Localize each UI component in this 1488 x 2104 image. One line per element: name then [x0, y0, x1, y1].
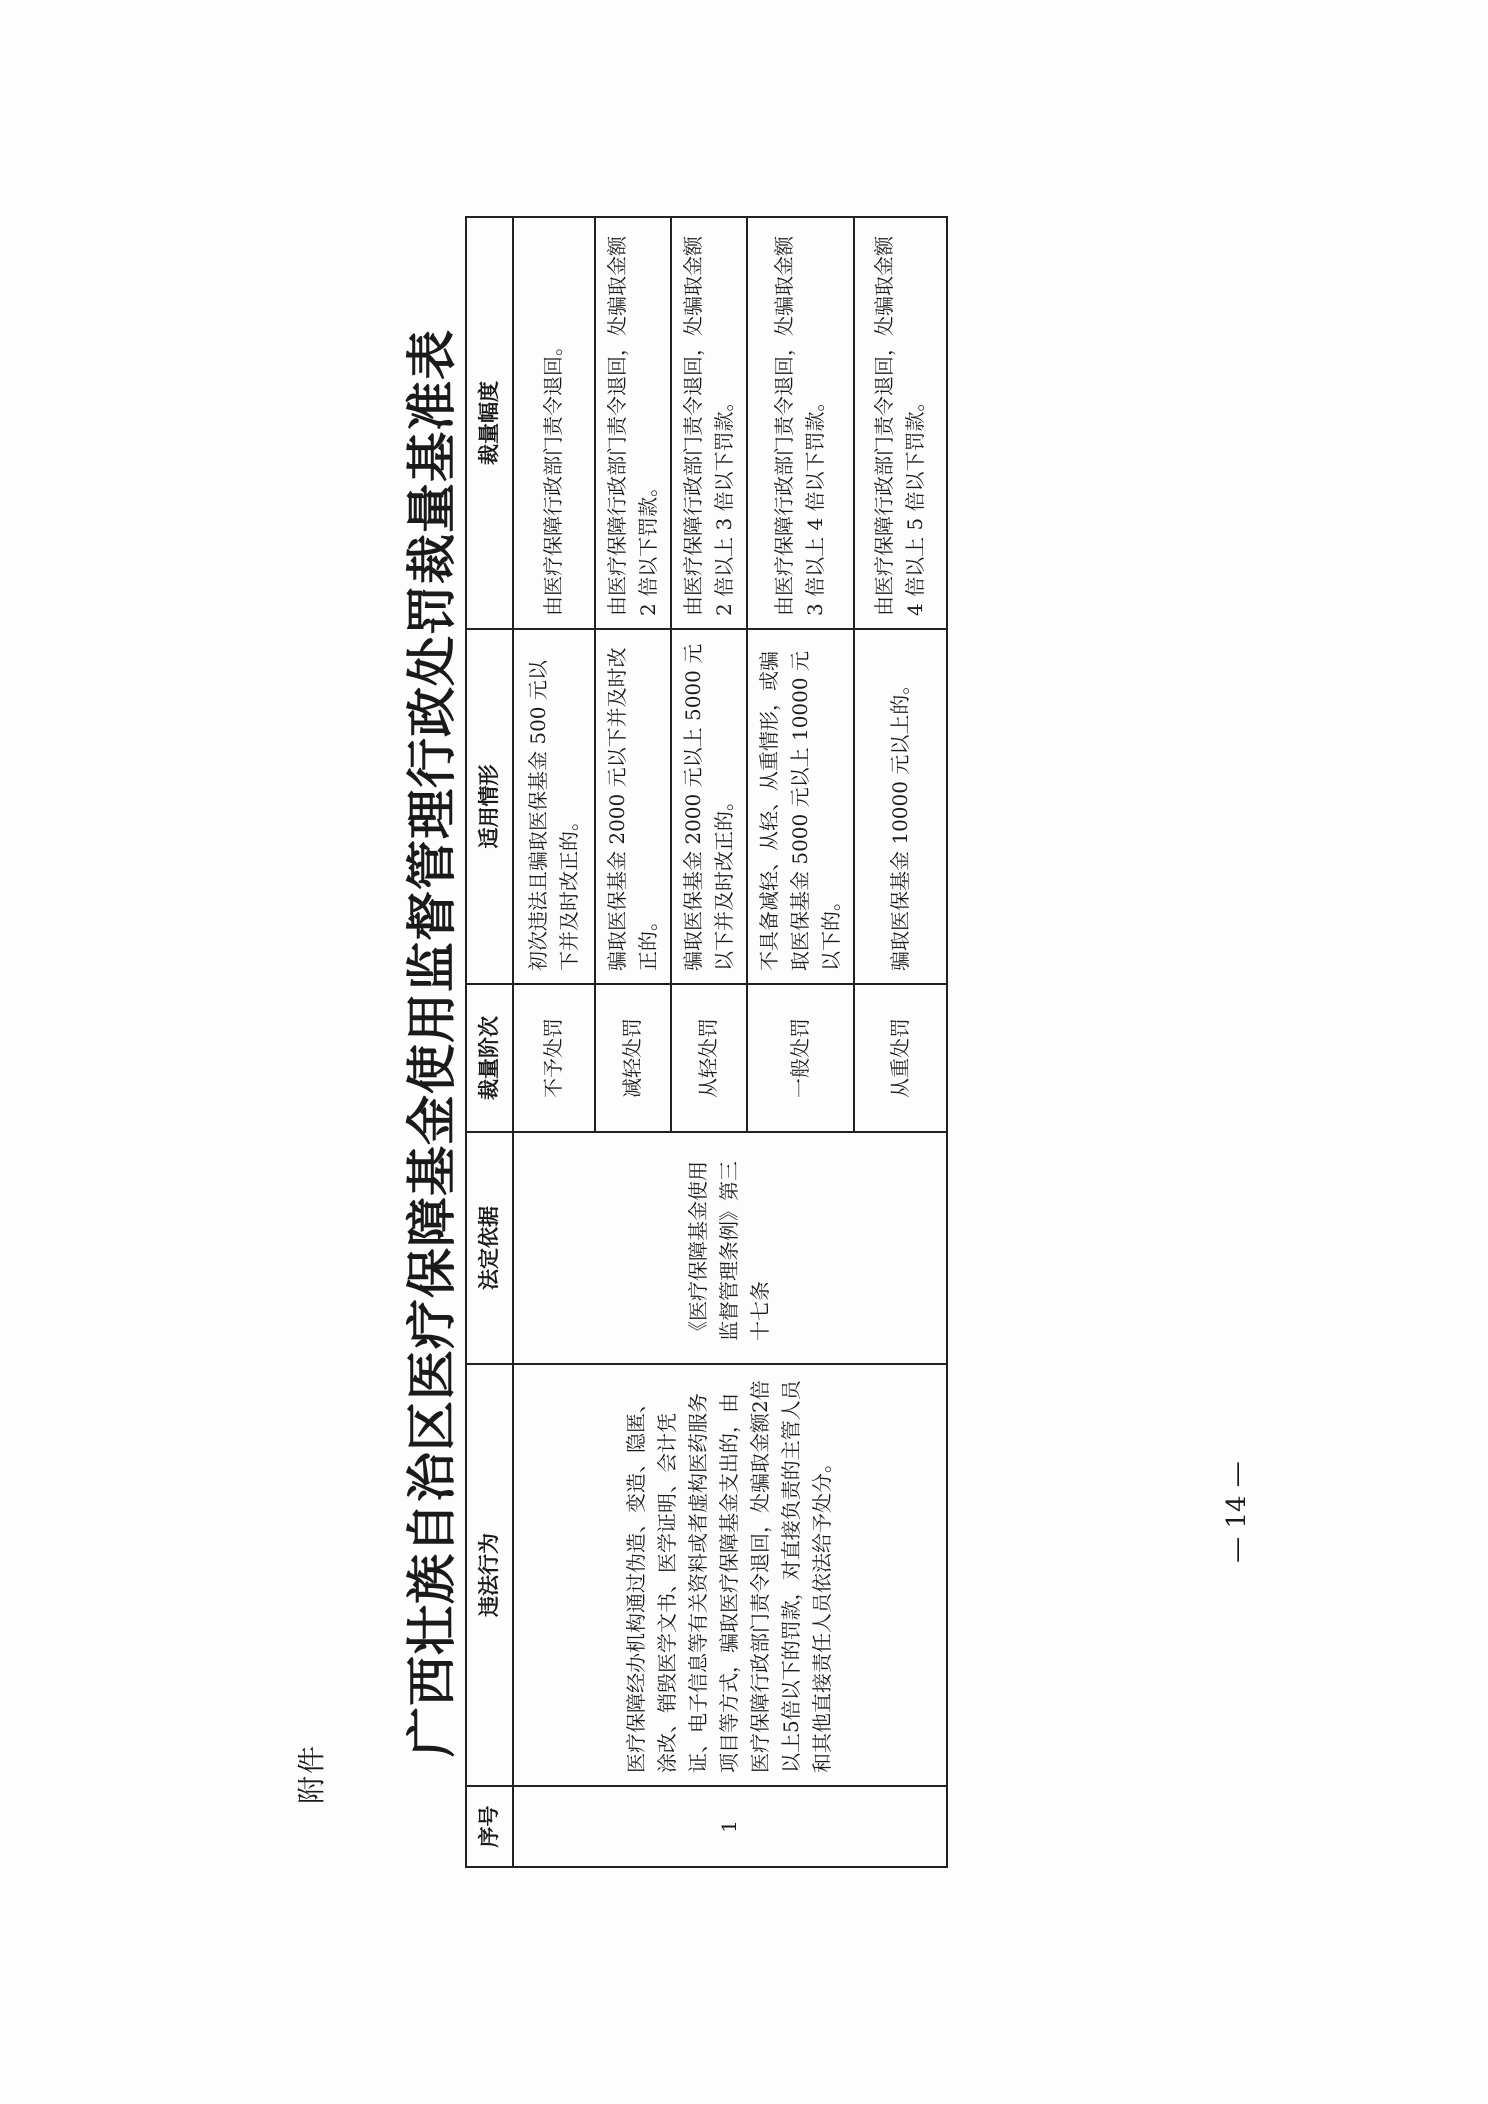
cell-range: 由医疗保障行政部门责令退回，处骗取金额 2 倍以上 3 倍以下罚款。 [671, 217, 747, 629]
cell-circumstance: 骗取医保基金 10000 元以上的。 [854, 629, 947, 984]
cell-range: 由医疗保障行政部门责令退回，处骗取金额 2 倍以下罚款。 [595, 217, 671, 629]
cell-circumstance: 骗取医保基金 2000 元以上 5000 元以下并及时改正的。 [671, 629, 747, 984]
cell-range: 由医疗保障行政部门责令退回，处骗取金额 4 倍以上 5 倍以下罚款。 [854, 217, 947, 629]
cell-level: 不予处罚 [513, 984, 595, 1132]
header-discretion-range: 裁量幅度 [466, 217, 513, 629]
cell-range: 由医疗保障行政部门责令退回。 [513, 217, 595, 629]
page-number-text: — 14 — [1222, 1392, 1252, 1632]
table-header-row: 序号 违法行为 法定依据 裁量阶次 适用情形 裁量幅度 [466, 217, 513, 1867]
discretion-standard-table: 序号 违法行为 法定依据 裁量阶次 适用情形 裁量幅度 1 医疗保障经办机构通过… [465, 216, 948, 1868]
attachment-label: 附件 [290, 1744, 330, 1804]
header-discretion-level: 裁量阶次 [466, 984, 513, 1132]
page-number: — 14 — [1222, 0, 1252, 2104]
cell-violation: 医疗保障经办机构通过伪造、变造、隐匿、涂改、销毁医学文书、医学证明、会计凭证、电… [513, 1364, 947, 1786]
cell-circumstance: 初次违法且骗取医保基金 500 元以下并及时改正的。 [513, 629, 595, 984]
header-legal-basis: 法定依据 [466, 1132, 513, 1364]
cell-level: 减轻处罚 [595, 984, 671, 1132]
header-seq: 序号 [466, 1786, 513, 1867]
header-violation: 违法行为 [466, 1364, 513, 1786]
cell-seq: 1 [513, 1786, 947, 1867]
document-page: 附件 广西壮族自治区医疗保障基金使用监督管理行政处罚裁量基准表 序号 违法行为 … [0, 0, 1488, 2104]
cell-range: 由医疗保障行政部门责令退回，处骗取金额 3 倍以上 4 倍以下罚款。 [747, 217, 854, 629]
page-title: 广西壮族自治区医疗保障基金使用监督管理行政处罚裁量基准表 [392, 218, 464, 1868]
cell-level: 一般处罚 [747, 984, 854, 1132]
cell-level: 从轻处罚 [671, 984, 747, 1132]
cell-level: 从重处罚 [854, 984, 947, 1132]
cell-circumstance: 不具备减轻、从轻、从重情形，或骗取医保基金 5000 元以上 10000 元以下… [747, 629, 854, 984]
table-row: 1 医疗保障经办机构通过伪造、变造、隐匿、涂改、销毁医学文书、医学证明、会计凭证… [513, 217, 595, 1867]
cell-legal-basis: 《医疗保障基金使用监督管理条例》第三十七条 [513, 1132, 947, 1364]
header-applicable-circumstances: 适用情形 [466, 629, 513, 984]
cell-circumstance: 骗取医保基金 2000 元以下并及时改正的。 [595, 629, 671, 984]
